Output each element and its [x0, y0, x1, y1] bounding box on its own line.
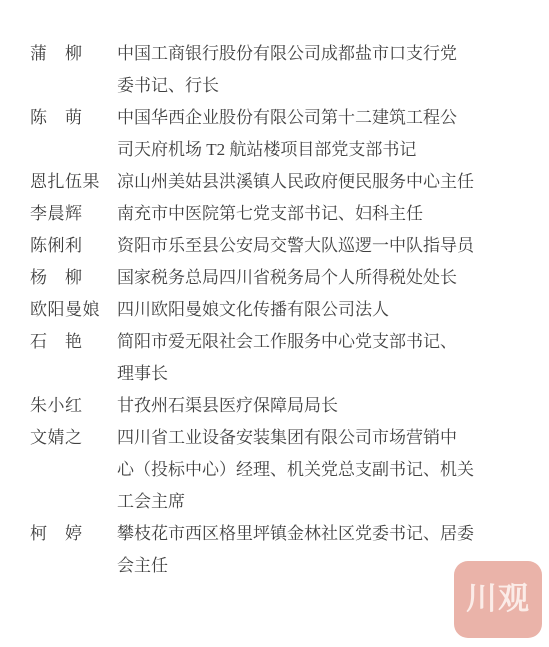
document-page: 蒲 柳 中国工商银行股份有限公司成都盐市口支行党 委书记、行长 陈 萌 中国华西…	[0, 0, 549, 647]
list-item: 蒲 柳 中国工商银行股份有限公司成都盐市口支行党 委书记、行长	[30, 38, 549, 102]
honoree-title: 四川欧阳曼娘文化传播有限公司法人	[117, 294, 529, 326]
honoree-name: 石 艳	[30, 326, 117, 358]
chuanguan-logo-text: 川观	[466, 573, 530, 618]
honoree-list: 蒲 柳 中国工商银行股份有限公司成都盐市口支行党 委书记、行长 陈 萌 中国华西…	[30, 38, 549, 582]
list-item: 欧阳曼娘 四川欧阳曼娘文化传播有限公司法人	[30, 294, 549, 326]
honoree-name: 李晨辉	[30, 198, 117, 230]
honoree-title: 国家税务总局四川省税务局个人所得税处处长	[117, 262, 529, 294]
list-item: 恩扎伍果 凉山州美姑县洪溪镇人民政府便民服务中心主任	[30, 166, 549, 198]
honoree-title: 南充市中医院第七党支部书记、妇科主任	[117, 198, 529, 230]
list-item: 陈 萌 中国华西企业股份有限公司第十二建筑工程公 司天府机场 T2 航站楼项目部…	[30, 102, 549, 166]
list-item: 文婧之 四川省工业设备安装集团有限公司市场营销中 心（投标中心）经理、机关党总支…	[30, 422, 549, 518]
honoree-title: 简阳市爱无限社会工作服务中心党支部书记、 理事长	[117, 326, 529, 390]
honoree-title: 中国华西企业股份有限公司第十二建筑工程公 司天府机场 T2 航站楼项目部党支部书…	[117, 102, 529, 166]
list-item: 朱小红 甘孜州石渠县医疗保障局局长	[30, 390, 549, 422]
honoree-name: 柯 婷	[30, 518, 117, 550]
honoree-name: 文婧之	[30, 422, 117, 454]
honoree-name: 陈俐利	[30, 230, 117, 262]
honoree-name: 蒲 柳	[30, 38, 117, 70]
honoree-title: 资阳市乐至县公安局交警大队巡逻一中队指导员	[117, 230, 529, 262]
list-item: 杨 柳 国家税务总局四川省税务局个人所得税处处长	[30, 262, 549, 294]
honoree-name: 恩扎伍果	[30, 166, 117, 198]
honoree-title: 四川省工业设备安装集团有限公司市场营销中 心（投标中心）经理、机关党总支副书记、…	[117, 422, 529, 518]
honoree-name: 欧阳曼娘	[30, 294, 117, 326]
honoree-name: 杨 柳	[30, 262, 117, 294]
honoree-name: 朱小红	[30, 390, 117, 422]
chuanguan-watermark-badge: 川观	[454, 561, 542, 638]
honoree-name: 陈 萌	[30, 102, 117, 134]
list-item: 李晨辉 南充市中医院第七党支部书记、妇科主任	[30, 198, 549, 230]
list-item: 石 艳 简阳市爱无限社会工作服务中心党支部书记、 理事长	[30, 326, 549, 390]
honoree-title: 中国工商银行股份有限公司成都盐市口支行党 委书记、行长	[117, 38, 529, 102]
honoree-title: 甘孜州石渠县医疗保障局局长	[117, 390, 529, 422]
honoree-title: 凉山州美姑县洪溪镇人民政府便民服务中心主任	[117, 166, 529, 198]
list-item: 陈俐利 资阳市乐至县公安局交警大队巡逻一中队指导员	[30, 230, 549, 262]
